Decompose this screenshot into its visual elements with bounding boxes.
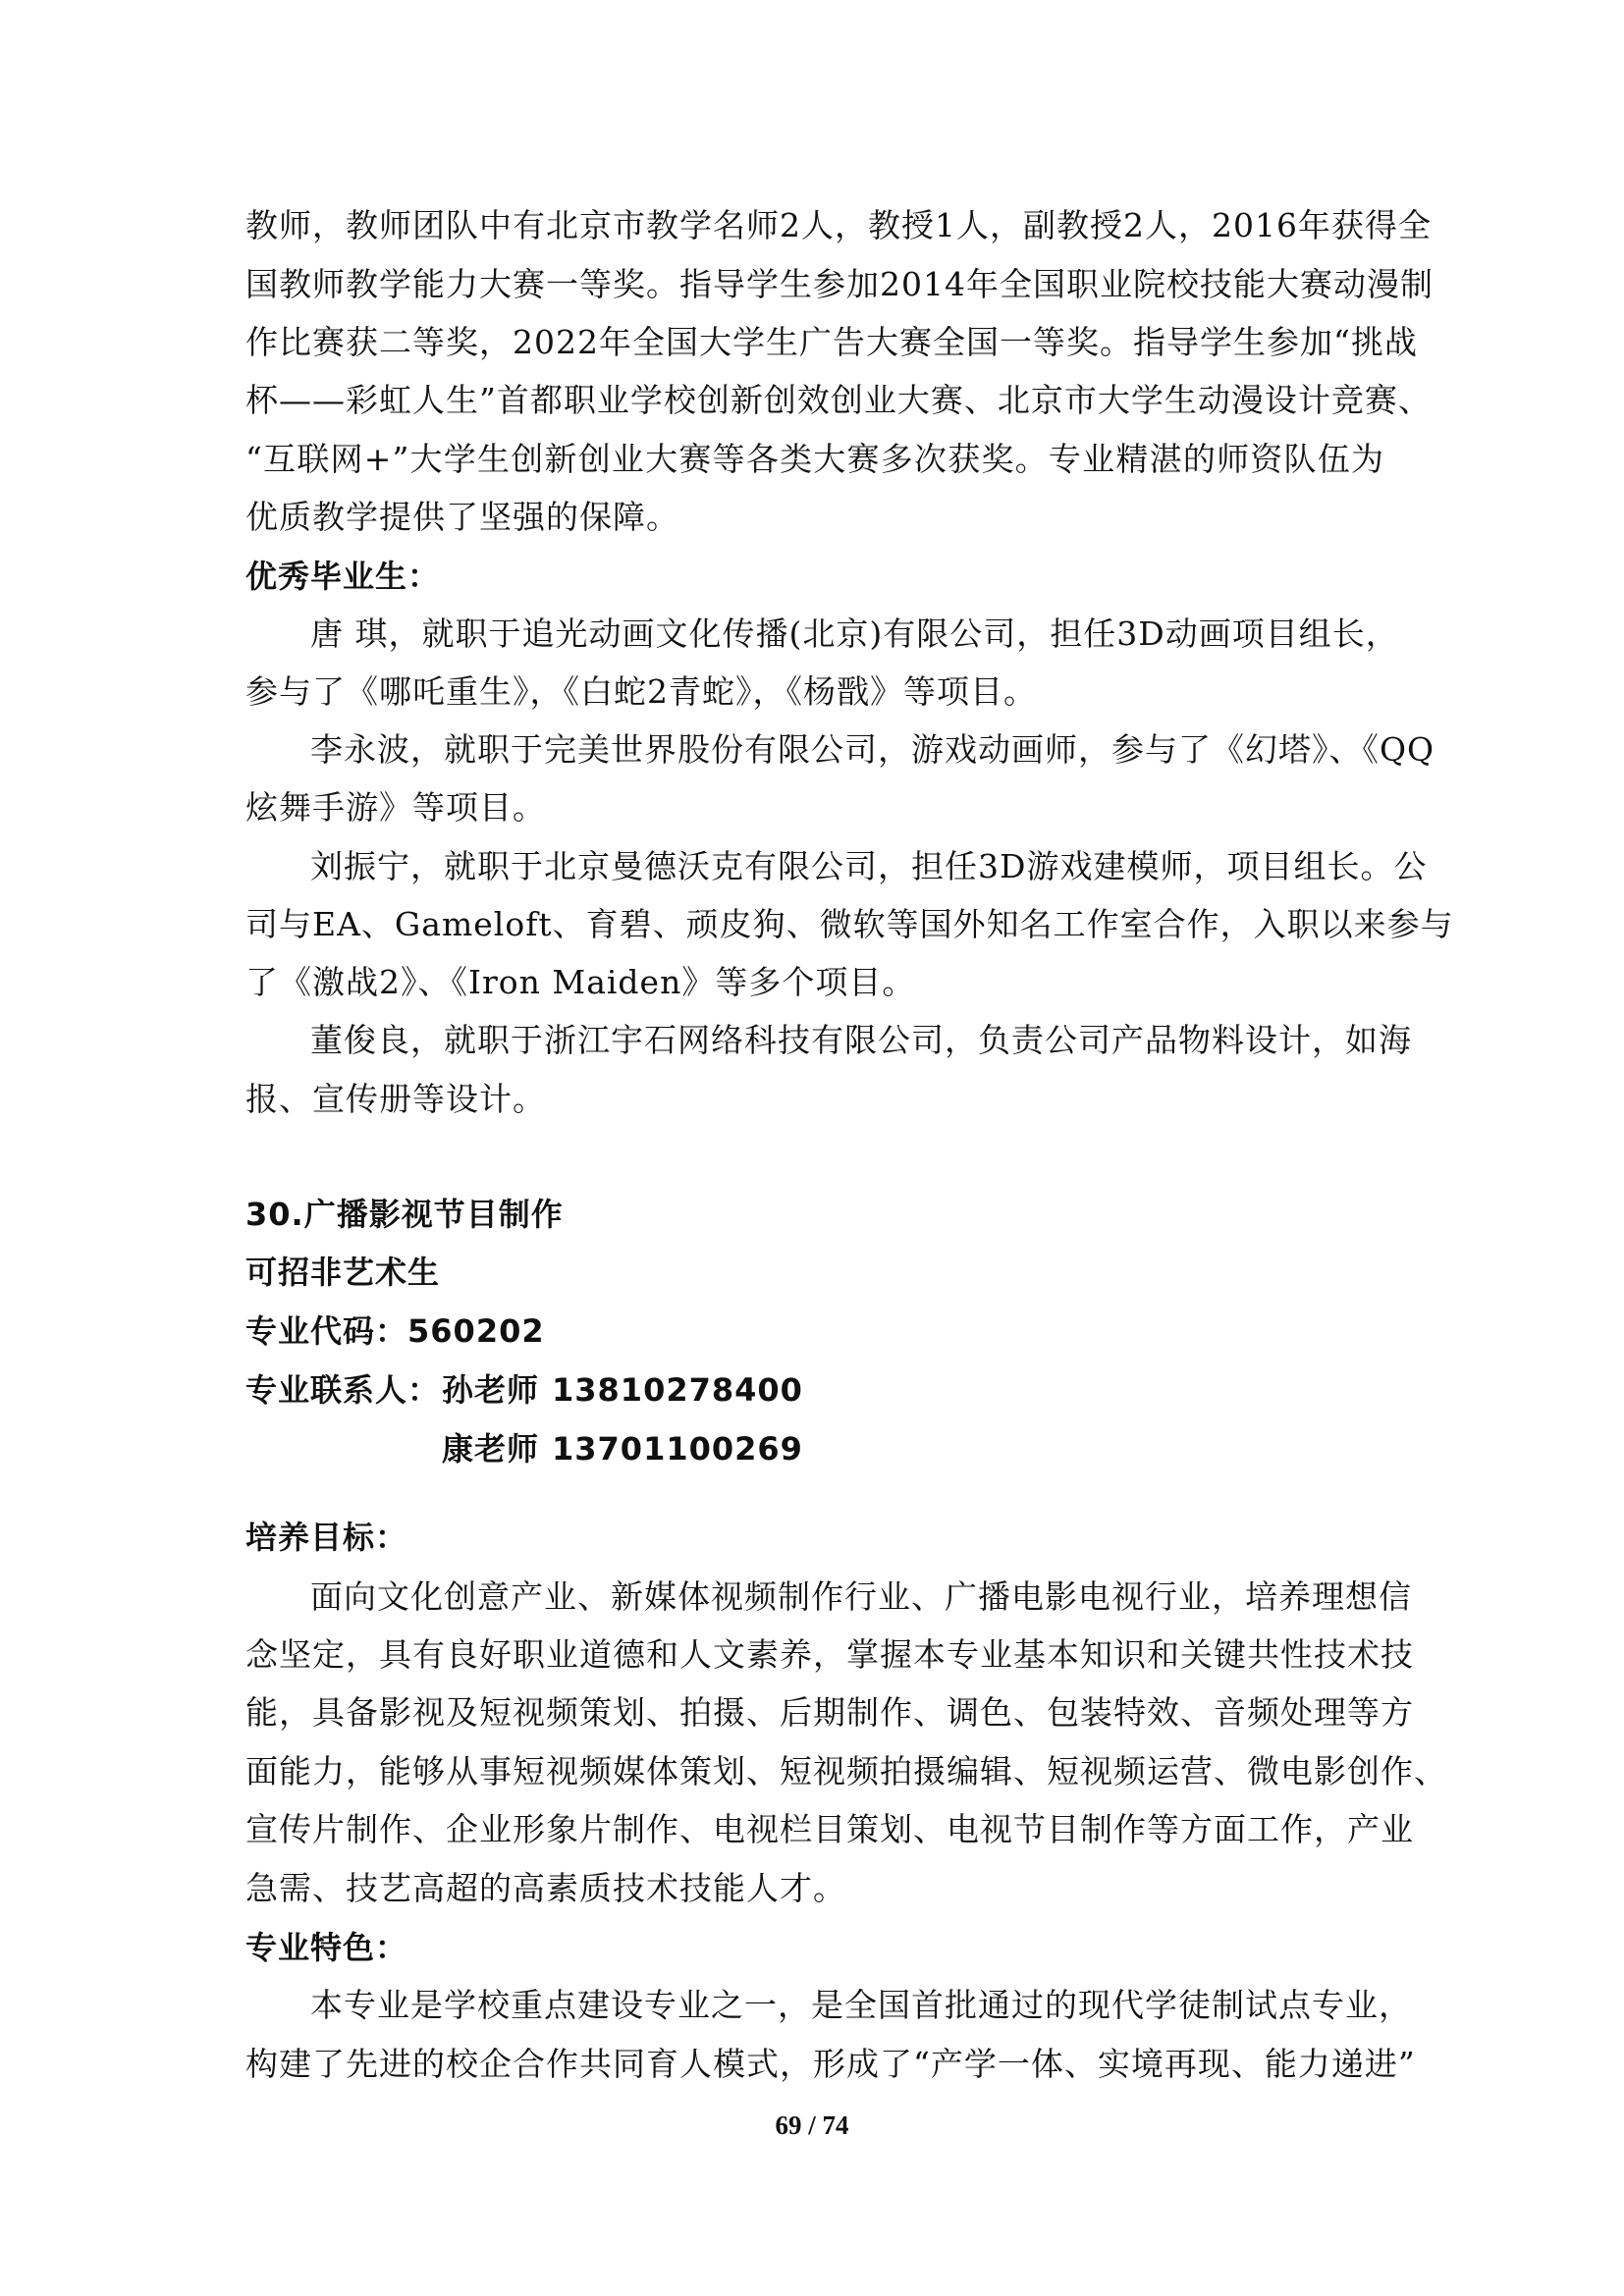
contact-phone: 13810278400 bbox=[552, 1368, 803, 1412]
graduates-heading: 优秀毕业生： bbox=[245, 555, 1384, 598]
graduate-entry-line: 刘振宁，就职于北京曼德沃克有限公司，担任3D游戏建模师，项目组长。公 bbox=[310, 845, 1384, 888]
feature-line: 本专业是学校重点建设专业之一，是全国首批通过的现代学徒制试点专业， bbox=[310, 1984, 1384, 2027]
feature-line: 构建了先进的校企合作共同育人模式，形成了“产学一体、实境再现、能力递进” bbox=[245, 2043, 1384, 2086]
section-subtitle: 可招非艺术生 bbox=[245, 1251, 1384, 1294]
section-title: 30.广播影视节目制作 bbox=[245, 1193, 1384, 1236]
page-number: 69 / 74 bbox=[0, 2110, 1624, 2141]
goal-line: 急需、技艺高超的高素质技术技能人才。 bbox=[245, 1867, 1384, 1910]
graduate-entry-line: 参与了《哪吒重生》，《白蛇2青蛇》，《杨戬》等项目。 bbox=[245, 670, 1384, 714]
document-page: 教师，教师团队中有北京市教学名师2人，教授1人，副教授2人，2016年获得全 国… bbox=[0, 0, 1624, 2296]
goal-line: 面能力，能够从事短视频媒体策划、短视频拍摄编辑、短视频运营、微电影创作、 bbox=[245, 1750, 1384, 1793]
goal-line: 念坚定，具有良好职业道德和人文素养，掌握本专业基本知识和关键共性技术技 bbox=[245, 1633, 1384, 1677]
faculty-paragraph-line: 杯——彩虹人生”首都职业学校创新创效创业大赛、北京市大学生动漫设计竞赛、 bbox=[245, 379, 1384, 422]
graduate-entry-line: 炫舞手游》等项目。 bbox=[245, 786, 1384, 829]
faculty-paragraph-line: “互联网+”大学生创新创业大赛等各类大赛多次获奖。专业精湛的师资队伍为 bbox=[245, 438, 1384, 481]
graduate-entry-line: 了《激战2》、《Iron Maiden》等多个项目。 bbox=[245, 961, 1384, 1004]
major-code-value: 560202 bbox=[407, 1312, 545, 1350]
feature-heading: 专业特色： bbox=[245, 1926, 1384, 1969]
contact-name: 孙老师 bbox=[442, 1368, 539, 1412]
goal-line: 能，具备影视及短视频策划、拍摄、后期制作、调色、包装特效、音频处理等方 bbox=[245, 1691, 1384, 1735]
goal-heading: 培养目标： bbox=[245, 1516, 1384, 1559]
graduate-entry-line: 报、宣传册等设计。 bbox=[245, 1078, 1384, 1121]
faculty-paragraph-line: 国教师教学能力大赛一等奖。指导学生参加2014年全国职业院校技能大赛动漫制 bbox=[245, 263, 1384, 306]
graduate-entry-line: 董俊良，就职于浙江宇石网络科技有限公司，负责公司产品物料设计，如海 bbox=[310, 1019, 1384, 1062]
major-code-label: 专业代码： bbox=[245, 1312, 407, 1350]
major-code-row: 专业代码：560202 bbox=[245, 1309, 1384, 1353]
faculty-paragraph-line: 优质教学提供了坚强的保障。 bbox=[245, 496, 1384, 539]
contact-row: 专业联系人： 孙老师 13810278400 bbox=[245, 1368, 1384, 1412]
goal-line: 面向文化创意产业、新媒体视频制作行业、广播电影电视行业，培养理想信 bbox=[310, 1575, 1384, 1619]
contact-phone: 13701100269 bbox=[552, 1427, 803, 1470]
goal-line: 宣传片制作、企业形象片制作、电视栏目策划、电视节目制作等方面工作，产业 bbox=[245, 1808, 1384, 1851]
contact-label: 专业联系人： bbox=[245, 1371, 440, 1409]
faculty-paragraph-line: 作比赛获二等奖，2022年全国大学生广告大赛全国一等奖。指导学生参加“挑战 bbox=[245, 321, 1384, 364]
contact-name: 康老师 bbox=[442, 1427, 539, 1470]
graduate-entry-line: 唐 琪，就职于追光动画文化传播(北京)有限公司，担任3D动画项目组长， bbox=[310, 613, 1384, 656]
faculty-paragraph-line: 教师，教师团队中有北京市教学名师2人，教授1人，副教授2人，2016年获得全 bbox=[245, 204, 1384, 247]
graduate-entry-line: 李永波，就职于完美世界股份有限公司，游戏动画师，参与了《幻塔》、《QQ bbox=[310, 728, 1384, 772]
graduate-entry-line: 司与EA、Gameloft、育碧、顽皮狗、微软等国外知名工作室合作，入职以来参与 bbox=[245, 903, 1384, 946]
